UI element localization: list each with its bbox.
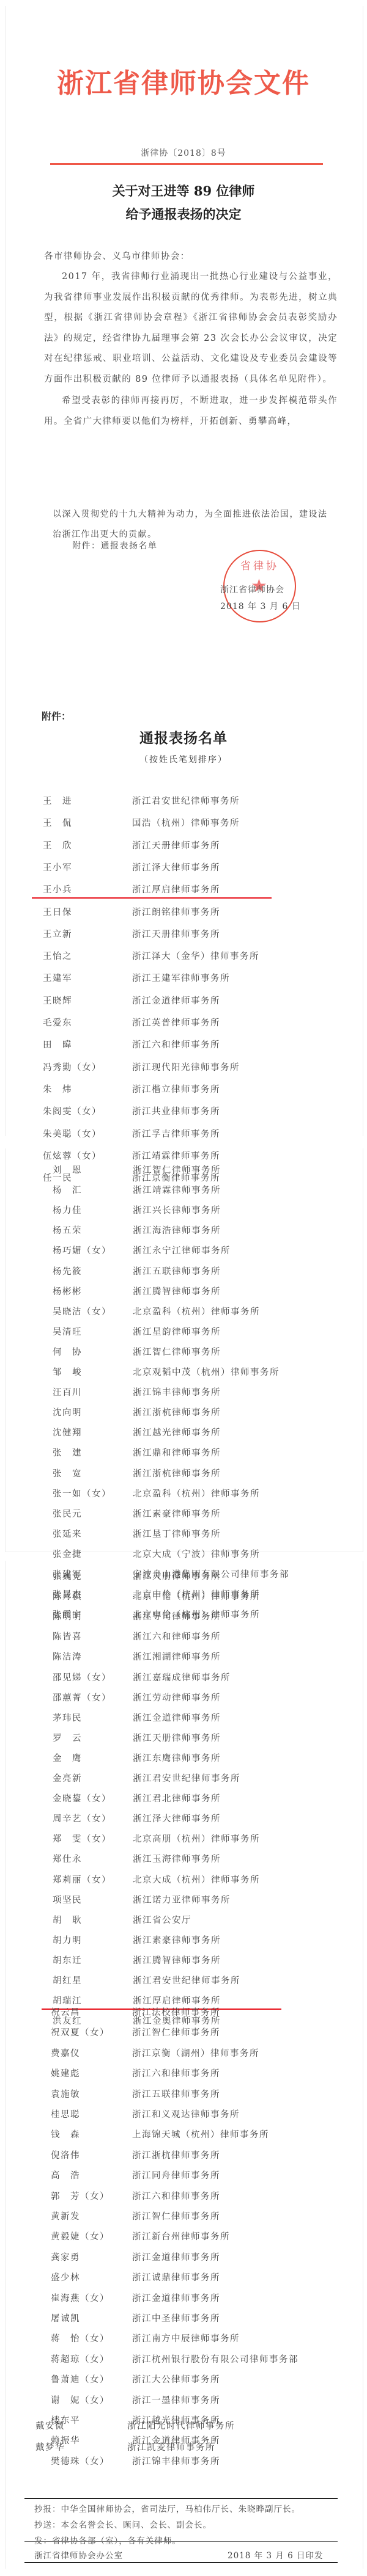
law-firm: 浙江泽大律师事务所 <box>133 1812 221 1825</box>
lawyer-name: 盛少林 <box>51 2271 80 2283</box>
list-row: 戴梦华浙江凯麦律师事务所 <box>35 2440 343 2461</box>
attachment-label: 附件： <box>42 709 71 723</box>
list-row: 金晓鋆（女）浙江君北律师事务所 <box>53 1792 343 1812</box>
list-row: 祝云昌浙江法校律师事务所 <box>51 2005 343 2026</box>
law-firm: 浙江君安世纪律师事务所 <box>132 794 240 807</box>
law-firm: 浙江省公安厅 <box>133 1913 191 1926</box>
law-firm: 浙江越光律师事务所 <box>133 1426 221 1439</box>
law-firm: 浙江六和律师事务所 <box>133 1630 221 1643</box>
lawyer-name: 张 建 <box>53 1446 82 1459</box>
lawyer-name: 王 进 <box>43 794 72 807</box>
law-firm: 浙江嘉瑞成律师事务所 <box>133 1671 231 1684</box>
lawyer-name: 袁施敏 <box>51 2087 80 2100</box>
footer-top-rule <box>24 2498 338 2499</box>
law-firm: 北京观韬中茂（杭州）律师事务所 <box>133 1365 280 1378</box>
lawyer-name: 罗 云 <box>53 1731 82 1744</box>
lawyer-name: 王建军 <box>43 971 72 984</box>
lawyer-name: 王怡之 <box>43 949 72 962</box>
law-firm: 浙江五联律师事务所 <box>133 1264 221 1277</box>
lawyer-name: 王日保 <box>43 905 72 918</box>
law-firm: 北京盈科（杭州）律师事务所 <box>133 1487 260 1500</box>
law-firm: 上海锦天城（杭州）律师事务所 <box>132 2128 269 2140</box>
cc-report: 抄报：中华全国律师协会，省司法厅，马柏伟厅长、朱晓晔副厅长。 <box>34 2502 300 2514</box>
law-firm: 浙江浙杭律师事务所 <box>133 1406 221 1418</box>
law-firm: 浙江君安世纪律师事务所 <box>133 1974 240 1987</box>
law-firm: 浙江智仁律师事务所 <box>133 1163 221 1176</box>
list-row: 王小兵浙江厚启律师事务所 <box>43 883 343 903</box>
law-firm: 浙江靖霖律师事务所 <box>133 1183 221 1196</box>
lawyer-name: 陈洁涛 <box>53 1650 82 1663</box>
list-row: 郭 芳（女）浙江六和律师事务所 <box>51 2189 343 2209</box>
lawyer-name: 邵见娣（女） <box>53 1671 111 1684</box>
list-row: 费嘉仪浙江京衡（湖州）律师事务所 <box>51 2046 343 2067</box>
lawyer-name: 朱美聪（女） <box>43 1127 102 1140</box>
list-row: 胡东迁浙江腾智律师事务所 <box>53 1954 343 1974</box>
list-row: 郑 雯（女）北京高朋（杭州）律师事务所 <box>53 1832 343 1852</box>
list-row: 杨五荣浙江海浩律师事务所 <box>53 1224 343 1244</box>
list-row: 陈月棋北京中伦（杭州）律师事务所 <box>53 1589 343 1610</box>
lawyer-name: 胡红星 <box>53 1974 82 1987</box>
list-row: 黄新发浙江智仁律师事务所 <box>51 2209 343 2230</box>
list-row: 罗 云浙江天册律师事务所 <box>53 1731 343 1751</box>
law-firm: 北京高朋（杭州）律师事务所 <box>133 1832 260 1845</box>
law-firm: 浙江凯麦律师事务所 <box>127 2440 215 2453</box>
lawyer-name: 郑仕永 <box>53 1852 82 1865</box>
law-firm: 浙江东鹰律师事务所 <box>133 1751 221 1764</box>
list-row: 郑仕永浙江玉海律师事务所 <box>53 1852 343 1872</box>
decision-title-line2: 给予通报表扬的决定 <box>0 205 367 223</box>
law-firm: 浙江英普律师事务所 <box>132 1016 220 1029</box>
law-firm: 浙江星韵律师事务所 <box>133 1325 221 1338</box>
lawyer-name: 高 浩 <box>51 2169 80 2181</box>
law-firm: 浙江天册律师事务所 <box>133 1569 221 1582</box>
lawyer-name: 杨先筱 <box>53 1264 82 1277</box>
lawyer-name: 何 协 <box>53 1345 82 1358</box>
list-row: 周辛艺（女）浙江泽大律师事务所 <box>53 1812 343 1832</box>
list-row: 朱 炜浙江楷立律师事务所 <box>43 1082 343 1103</box>
law-firm: 浙江垦丁律师事务所 <box>133 1527 221 1540</box>
seal-text: 省律协 <box>224 557 295 572</box>
law-firm: 浙江六和律师事务所 <box>132 2067 220 2079</box>
list-row: 姚建彪浙江六和律师事务所 <box>51 2067 343 2087</box>
list-row: 毛爱东浙江英普律师事务所 <box>43 1016 343 1036</box>
list-row: 王 侃国浩（杭州）律师事务所 <box>43 816 343 836</box>
lawyer-name: 钱 森 <box>51 2128 80 2140</box>
lawyer-name: 张一如（女） <box>53 1487 111 1500</box>
law-firm: 浙江厚启律师事务所 <box>132 883 220 896</box>
footer-mid-rule <box>24 2541 338 2542</box>
list-row: 钱 森上海锦天城（杭州）律师事务所 <box>51 2128 343 2148</box>
list-row: 何 协浙江智仁律师事务所 <box>53 1345 343 1365</box>
law-firm: 浙江劳动律师事务所 <box>133 1691 221 1704</box>
list-row: 汪百川浙江锦丰律师事务所 <box>53 1385 343 1406</box>
lawyer-name: 杨力佳 <box>53 1203 82 1216</box>
list-row: 倪洛伟浙江浙杭律师事务所 <box>51 2148 343 2169</box>
lawyer-name: 王立新 <box>43 927 72 940</box>
list-row: 王小军浙江泽大律师事务所 <box>43 861 343 881</box>
list-row: 张金捷北京大成（宁波）律师事务所 <box>53 1547 343 1567</box>
law-firm: 浙江湘湖律师事务所 <box>133 1650 221 1663</box>
list-row: 王 欣浙江天册律师事务所 <box>43 839 343 859</box>
law-firm: 浙江金道律师事务所 <box>132 994 220 1007</box>
lawyer-name: 王小兵 <box>43 883 72 896</box>
law-firm: 浙江一墨律师事务所 <box>132 2393 220 2406</box>
attachment-note: 附件：通报表扬名单 <box>72 539 158 552</box>
lawyer-name: 龚家勇 <box>51 2250 80 2263</box>
law-firm: 浙江现代阳光律师事务所 <box>132 1060 240 1073</box>
lawyer-name: 周辛艺（女） <box>53 1812 111 1825</box>
lawyer-name: 祝双夏（女） <box>51 2026 109 2038</box>
list-row: 张 宽浙江浙杭律师事务所 <box>53 1467 343 1487</box>
law-firm: 浙江兴长律师事务所 <box>133 1203 221 1216</box>
law-firm: 北京大成（杭州）律师事务所 <box>133 1873 260 1886</box>
list-row: 朱阁雯（女）浙江共业律师事务所 <box>43 1104 343 1125</box>
list-row: 吴晓洁（女）北京盈科（杭州）律师事务所 <box>53 1305 343 1325</box>
law-firm: 浙江导司律师事务所 <box>133 1610 221 1622</box>
law-firm: 浙江君北律师事务所 <box>133 1792 221 1804</box>
law-firm: 浙江六和律师事务所 <box>132 1038 220 1051</box>
law-firm: 浙江同舟律师事务所 <box>132 2169 220 2181</box>
law-firm: 浙江天册律师事务所 <box>132 927 220 940</box>
list-row: 谢 妮（女）浙江一墨律师事务所 <box>51 2393 343 2414</box>
lawyer-name: 蒋 怡（女） <box>51 2332 109 2344</box>
lawyer-name: 朱 炜 <box>43 1082 72 1095</box>
lawyer-name: 王晓辉 <box>43 994 72 1007</box>
list-row: 屠诚凯浙江中圣律师事务所 <box>51 2311 343 2332</box>
lawyer-name: 毛爱东 <box>43 1016 72 1029</box>
list-row: 沈向明浙江浙杭律师事务所 <box>53 1406 343 1426</box>
list-row: 蒋 怡（女）浙江南方中辰律师事务所 <box>51 2332 343 2352</box>
lawyer-name: 祝云昌 <box>51 2005 80 2018</box>
list-row: 张 建浙江鼎和律师事务所 <box>53 1446 343 1466</box>
issue-date: 2018 年 3 月 6 日印发 <box>228 2549 324 2561</box>
law-firm: 浙江厚启律师事务所 <box>133 1994 221 2007</box>
lawyer-name: 项坚民 <box>53 1893 82 1906</box>
lawyer-name: 黄新发 <box>51 2209 80 2222</box>
lawyer-name: 张巍竞 <box>53 1569 82 1582</box>
law-firm: 浙江腾智律师事务所 <box>133 1954 221 1966</box>
lawyer-name: 胡力明 <box>53 1933 82 1946</box>
law-firm: 浙江朗铭律师事务所 <box>132 905 220 918</box>
lawyer-name: 金晓鋆（女） <box>53 1792 111 1804</box>
list-row: 邵见娣（女）浙江嘉瑞成律师事务所 <box>53 1671 343 1691</box>
lawyer-name: 郭 芳（女） <box>51 2189 109 2202</box>
highlight-underline <box>32 897 272 899</box>
law-firm: 北京盈科（杭州）律师事务所 <box>133 1305 260 1318</box>
list-row: 田 暐浙江六和律师事务所 <box>43 1038 343 1058</box>
lawyer-name: 杨 汇 <box>53 1183 82 1196</box>
lawyer-name: 沈健翔 <box>53 1426 82 1439</box>
lawyer-name: 郑莉丽（女） <box>53 1873 111 1886</box>
law-firm: 浙江法校律师事务所 <box>132 2005 220 2018</box>
law-firm: 浙江智仁律师事务所 <box>133 1345 221 1358</box>
lawyer-name: 谢 妮（女） <box>51 2393 109 2406</box>
law-firm: 浙江鼎和律师事务所 <box>133 1446 221 1459</box>
lawyer-name: 杨彬彬 <box>53 1285 82 1297</box>
lawyer-name: 陈明明 <box>53 1610 82 1622</box>
list-row: 邵蕙菁（女）浙江劳动律师事务所 <box>53 1691 343 1711</box>
lawyer-name: 吴晓洁（女） <box>53 1305 111 1318</box>
list-row: 陈洁涛浙江湘湖律师事务所 <box>53 1650 343 1670</box>
list-row: 胡 耿浙江省公安厅 <box>53 1913 343 1933</box>
list-title: 通报表扬名单 <box>0 727 367 747</box>
list-row: 朱美聪（女）浙江孚吉律师事务所 <box>43 1127 343 1147</box>
lawyer-name: 沈向明 <box>53 1406 82 1418</box>
list-row: 龚家勇浙江金道律师事务所 <box>51 2250 343 2271</box>
footer-bottom-rule <box>24 2562 338 2563</box>
list-row: 王建军浙江王建军律师事务所 <box>43 971 343 991</box>
lawyer-name: 姚建彪 <box>51 2067 80 2079</box>
law-firm: 浙江腾智律师事务所 <box>133 1285 221 1297</box>
lawyer-name: 倪洛伟 <box>51 2148 80 2161</box>
list-row: 黄毅婕（女）浙江新台州律师事务所 <box>51 2230 343 2250</box>
law-firm: 浙江海浩律师事务所 <box>133 1224 221 1236</box>
law-firm: 浙江和义观达律师事务所 <box>132 2107 240 2120</box>
law-firm: 浙江智仁律师事务所 <box>132 2026 220 2038</box>
lawyer-name: 费嘉仪 <box>51 2046 80 2059</box>
header-red-rule <box>50 163 323 165</box>
lawyer-name: 胡瑞江 <box>53 1994 82 2007</box>
lawyer-name: 朱阁雯（女） <box>43 1104 102 1117</box>
law-firm: 浙江泽大（金华）律师事务所 <box>132 949 259 962</box>
list-row: 胡力明浙江素豪律师事务所 <box>53 1933 343 1954</box>
lawyer-name: 张延来 <box>53 1527 82 1540</box>
law-firm: 浙江永宁江律师事务所 <box>133 1244 231 1257</box>
law-firm: 浙江素豪律师事务所 <box>133 1507 221 1520</box>
lawyer-name: 蒋超琼（女） <box>51 2352 109 2365</box>
lawyer-name: 伍炫蓉（女） <box>43 1149 102 1162</box>
cc-send: 抄送：本会名誉会长、顾问、会长、副会长。 <box>34 2518 212 2530</box>
document-number: 浙律协〔2018〕8号 <box>0 147 367 159</box>
list-row: 郑莉丽（女）北京大成（杭州）律师事务所 <box>53 1873 343 1893</box>
law-firm: 浙江天册律师事务所 <box>132 839 220 852</box>
lawyer-name: 王 侃 <box>43 816 72 829</box>
law-firm: 浙江阳光时代律师事务所 <box>127 2419 235 2432</box>
law-firm: 浙江金道律师事务所 <box>132 2250 220 2263</box>
law-firm: 浙江五联律师事务所 <box>132 2087 220 2100</box>
lawyer-name: 崔海燕（女） <box>51 2291 109 2304</box>
lawyer-name: 金亮新 <box>53 1771 82 1784</box>
law-firm: 浙江泽大律师事务所 <box>132 861 220 874</box>
lawyer-name: 张 宽 <box>53 1467 82 1480</box>
lawyer-name: 胡 耿 <box>53 1913 82 1926</box>
body-paragraph-1: 2017 年，我省律师行业涌现出一批热心行业建设与公益事业，为我省律师事业发展作… <box>44 267 338 390</box>
lawyer-name: 黄毅婕（女） <box>51 2230 109 2242</box>
list-row: 盛少林浙江诚鼎律师事务所 <box>51 2271 343 2291</box>
lawyer-name: 戴梦华 <box>35 2440 65 2453</box>
list-row: 王 进浙江君安世纪律师事务所 <box>43 794 343 814</box>
law-firm: 浙江孚吉律师事务所 <box>132 1127 220 1140</box>
list-row: 刘 恩浙江智仁律师事务所 <box>53 1163 343 1183</box>
list-row: 胡红星浙江君安世纪律师事务所 <box>53 1974 343 1994</box>
lawyer-name: 陈皆喜 <box>53 1630 82 1643</box>
list-row: 杨力佳浙江兴长律师事务所 <box>53 1203 343 1224</box>
list-row: 袁施敏浙江五联律师事务所 <box>51 2087 343 2107</box>
signing-date: 2018 年 3 月 6 日 <box>220 600 301 612</box>
issuer: 浙江省律师协会办公室 <box>34 2549 123 2561</box>
list-row: 王日保浙江朗铭律师事务所 <box>43 905 343 925</box>
lawyer-name: 田 暐 <box>43 1038 72 1051</box>
list-row: 桂思聪浙江和义观达律师事务所 <box>51 2107 343 2128</box>
law-firm: 浙江中圣律师事务所 <box>132 2311 220 2324</box>
law-firm: 浙江诚鼎律师事务所 <box>132 2271 220 2283</box>
list-row: 杨 汇浙江靖霖律师事务所 <box>53 1183 343 1203</box>
list-row: 祝双夏（女）浙江智仁律师事务所 <box>51 2026 343 2046</box>
law-firm: 浙江浙杭律师事务所 <box>132 2148 220 2161</box>
list-row: 崔海燕（女）浙江金道律师事务所 <box>51 2291 343 2311</box>
list-row: 张一如（女）北京盈科（杭州）律师事务所 <box>53 1487 343 1507</box>
list-row: 张延来浙江垦丁律师事务所 <box>53 1527 343 1547</box>
signing-organization: 浙江省律师协会 <box>220 583 284 596</box>
lawyer-name: 桂思聪 <box>51 2107 80 2120</box>
law-firm: 浙江素豪律师事务所 <box>133 1933 221 1946</box>
law-firm: 浙江锦丰律师事务所 <box>133 1385 221 1398</box>
law-firm: 浙江杭州银行股份有限公司律师事务部 <box>132 2352 298 2365</box>
lawyer-name: 茅玮民 <box>53 1711 82 1724</box>
lawyer-name: 张民元 <box>53 1507 82 1520</box>
law-firm: 浙江君安世纪律师事务所 <box>133 1771 240 1784</box>
law-firm: 北京中伦（杭州）律师事务所 <box>133 1589 260 1602</box>
list-row: 王晓辉浙江金道律师事务所 <box>43 994 343 1014</box>
body-paragraph-2: 希望受表彰的律师再接再厉，不断进取，进一步发挥模范带头作用。全省广大律师要以他们… <box>44 391 338 432</box>
lawyer-name: 张金捷 <box>53 1547 82 1560</box>
law-firm: 浙江京衡（湖州）律师事务所 <box>132 2046 259 2059</box>
law-firm: 浙江金道律师事务所 <box>133 1711 221 1724</box>
law-firm: 浙江天册律师事务所 <box>133 1731 221 1744</box>
law-firm: 浙江智仁律师事务所 <box>132 2209 220 2222</box>
list-row: 杨彬彬浙江腾智律师事务所 <box>53 1285 343 1305</box>
list-row: 项坚民浙江诺力亚律师事务所 <box>53 1893 343 1913</box>
list-row: 陈皆喜浙江六和律师事务所 <box>53 1630 343 1650</box>
law-firm: 国浩（杭州）律师事务所 <box>132 816 240 829</box>
law-firm: 浙江玉海律师事务所 <box>133 1852 221 1865</box>
law-firm: 浙江南方中辰律师事务所 <box>132 2332 240 2344</box>
salutation: 各市律师协会、义乌市律师协会： <box>44 247 338 268</box>
lawyer-name: 汪百川 <box>53 1385 82 1398</box>
list-row: 张巍竞浙江天册律师事务所 <box>53 1569 343 1589</box>
list-row: 高 浩浙江同舟律师事务所 <box>51 2169 343 2189</box>
lawyer-name: 刘 恩 <box>53 1163 82 1176</box>
lawyer-name: 屠诚凯 <box>51 2311 80 2324</box>
lawyer-name: 吴清旺 <box>53 1325 82 1338</box>
law-firm: 浙江王建军律师事务所 <box>132 971 230 984</box>
lawyer-name: 冯秀勤（女） <box>43 1060 102 1073</box>
list-row: 冯秀勤（女）浙江现代阳光律师事务所 <box>43 1060 343 1081</box>
law-firm: 浙江大公律师事务所 <box>132 2373 220 2385</box>
lawyer-name: 郑 雯（女） <box>53 1832 111 1845</box>
document-header-title: 浙江省律师协会文件 <box>0 61 367 100</box>
lawyer-name: 戴安微 <box>35 2419 65 2432</box>
law-firm: 浙江靖霖律师事务所 <box>132 1149 220 1162</box>
list-row: 张民元浙江素豪律师事务所 <box>53 1507 343 1527</box>
lawyer-name: 鲁萧迪（女） <box>51 2373 109 2385</box>
list-row: 杨先筱浙江五联律师事务所 <box>53 1264 343 1285</box>
list-row: 蒋超琼（女）浙江杭州银行股份有限公司律师事务部 <box>51 2352 343 2373</box>
list-row: 鲁萧迪（女）浙江大公律师事务所 <box>51 2373 343 2393</box>
list-row: 戴安微浙江阳光时代律师事务所 <box>35 2419 343 2439</box>
list-row: 王立新浙江天册律师事务所 <box>43 927 343 947</box>
list-row: 吴清旺浙江星韵律师事务所 <box>53 1325 343 1345</box>
lawyer-name: 邵蕙菁（女） <box>53 1691 111 1704</box>
list-row: 金亮新浙江君安世纪律师事务所 <box>53 1771 343 1792</box>
list-row: 邹 峻北京观韬中茂（杭州）律师事务所 <box>53 1365 343 1385</box>
law-firm: 浙江楷立律师事务所 <box>132 1082 220 1095</box>
law-firm: 浙江六和律师事务所 <box>132 2189 220 2202</box>
law-firm: 浙江诺力亚律师事务所 <box>133 1893 231 1906</box>
list-row: 金 鹰浙江东鹰律师事务所 <box>53 1751 343 1771</box>
distribution: 发：省律协各部（室），各有关律师。 <box>34 2534 181 2546</box>
lawyer-name: 胡东迁 <box>53 1954 82 1966</box>
list-row: 王怡之浙江泽大（金华）律师事务所 <box>43 949 343 969</box>
lawyer-name: 陈月棋 <box>53 1589 82 1602</box>
lawyer-name: 杨五荣 <box>53 1224 82 1236</box>
list-row: 杨巧媚（女）浙江永宁江律师事务所 <box>53 1244 343 1264</box>
law-firm: 浙江新台州律师事务所 <box>132 2230 230 2242</box>
list-row: 茅玮民浙江金道律师事务所 <box>53 1711 343 1731</box>
lawyer-name: 杨巧媚（女） <box>53 1244 111 1257</box>
law-firm: 浙江共业律师事务所 <box>132 1104 220 1117</box>
law-firm: 浙江浙杭律师事务所 <box>133 1467 221 1480</box>
law-firm: 浙江金道律师事务所 <box>132 2291 220 2304</box>
list-row: 陈明明浙江导司律师事务所 <box>53 1610 343 1630</box>
list-subtitle: （按姓氏笔划排序） <box>0 753 367 765</box>
law-firm: 北京大成（宁波）律师事务所 <box>133 1547 260 1560</box>
lawyer-name: 金 鹰 <box>53 1751 82 1764</box>
list-row: 沈健翔浙江越光律师事务所 <box>53 1426 343 1446</box>
lawyer-name: 邹 峻 <box>53 1365 82 1378</box>
decision-title-line1: 关于对王进等 89 位律师 <box>0 181 367 200</box>
lawyer-name: 王小军 <box>43 861 72 874</box>
lawyer-name: 王 欣 <box>43 839 72 852</box>
